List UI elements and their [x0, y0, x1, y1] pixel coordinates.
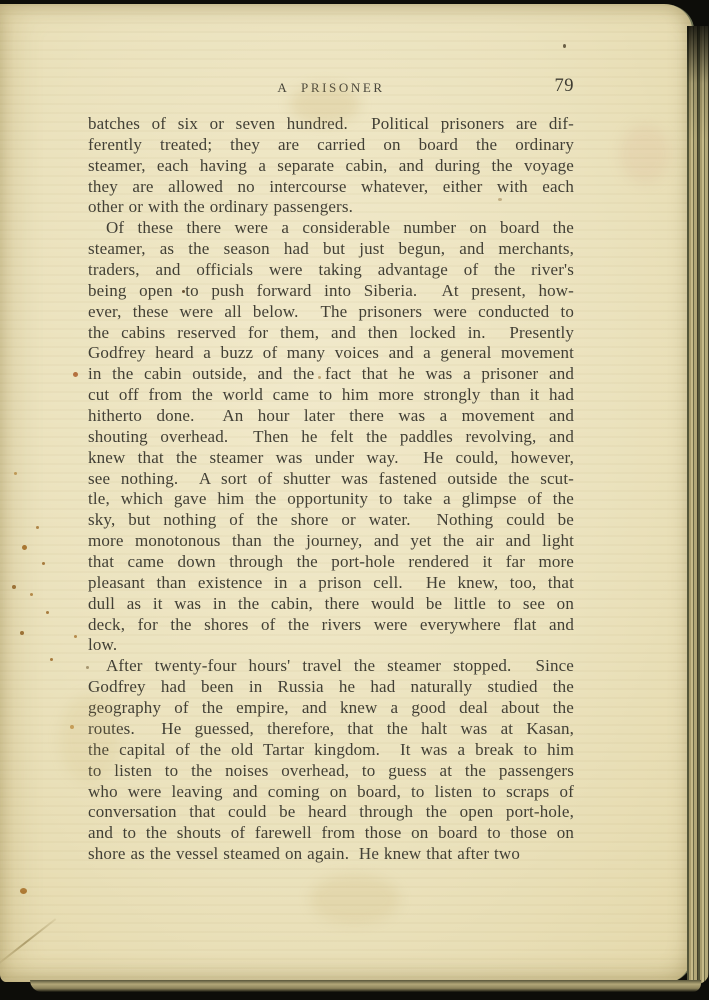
text-line: hitherto done. An hour later there was a…	[88, 406, 574, 427]
foxing-spot	[20, 888, 27, 894]
paper-stain	[620, 124, 670, 184]
text-line: knew that the steamer was under way. He …	[88, 448, 574, 469]
page-edge-stack	[687, 26, 709, 984]
foxing-spot	[42, 562, 45, 565]
text-line: After twenty-four hours' travel the stea…	[88, 656, 574, 677]
book-scan: A PRISONER 79 batches of six or seven hu…	[0, 0, 709, 1000]
book-page: A PRISONER 79 batches of six or seven hu…	[0, 4, 694, 982]
text-line: ever, these were all below. The prisoner…	[88, 302, 574, 323]
page-bottom-edge	[30, 980, 701, 992]
text-line: deck, for the shores of the rivers were …	[88, 615, 574, 636]
text-line: Godfrey heard a buzz of many voices and …	[88, 343, 574, 364]
foxing-spot	[20, 631, 24, 635]
foxing-spot	[50, 658, 53, 661]
text-line: shouting overhead. Then he felt the padd…	[88, 427, 574, 448]
text-line: ferently treated; they are carried on bo…	[88, 135, 574, 156]
foxing-spot	[70, 725, 74, 729]
text-line: steamer, as the season had but just begu…	[88, 239, 574, 260]
foxing-spot	[22, 545, 27, 550]
text-line: that came down through the port-hole ren…	[88, 552, 574, 573]
text-line: other or with the ordinary passengers.	[88, 197, 574, 218]
text-line: batches of six or seven hundred. Politic…	[88, 114, 574, 135]
foxing-spot	[14, 472, 17, 475]
text-line: routes. He guessed, therefore, that the …	[88, 719, 574, 740]
text-line: they are allowed no intercourse whatever…	[88, 177, 574, 198]
text-line: see nothing. A sort of shutter was faste…	[88, 469, 574, 490]
text-line: who were leaving and coming on board, to…	[88, 782, 574, 803]
foxing-spot	[73, 372, 78, 377]
page-crease	[0, 918, 56, 968]
text-line: geography of the empire, and knew a good…	[88, 698, 574, 719]
text-line: more monotonous than the journey, and ye…	[88, 531, 574, 552]
foxing-spot	[563, 44, 566, 48]
text-line: Godfrey had been in Russia he had natura…	[88, 677, 574, 698]
text-line: to listen to the noises overhead, to gue…	[88, 761, 574, 782]
text-line: the cabins reserved for them, and then l…	[88, 323, 574, 344]
text-line: in the cabin outside, and the fact that …	[88, 364, 574, 385]
text-line: sky, but nothing of the shore or water. …	[88, 510, 574, 531]
text-line: shore as the vessel steamed on again. He…	[88, 844, 574, 865]
running-head: A PRISONER 79	[88, 76, 574, 98]
page-title: A PRISONER	[88, 80, 574, 96]
text-line: being open to push forward into Siberia.…	[88, 281, 574, 302]
foxing-spot	[30, 593, 33, 596]
text-line: low.	[88, 635, 574, 656]
text-line: conversation that could be heard through…	[88, 802, 574, 823]
paper-stain	[310, 874, 400, 924]
foxing-spot	[74, 635, 77, 638]
text-line: cut off from the world came to him more …	[88, 385, 574, 406]
page-number: 79	[555, 76, 575, 97]
text-line: the capital of the old Tartar kingdom. I…	[88, 740, 574, 761]
text-line: Of these there were a considerable numbe…	[88, 218, 574, 239]
body-text: batches of six or seven hundred. Politic…	[88, 114, 574, 865]
text-line: dull as it was in the cabin, there would…	[88, 594, 574, 615]
text-line: pleasant than existence in a prison cell…	[88, 573, 574, 594]
foxing-spot	[12, 585, 16, 589]
text-line: and to the shouts of farewell from those…	[88, 823, 574, 844]
text-line: steamer, each having a separate cabin, a…	[88, 156, 574, 177]
text-line: tle, which gave him the opportunity to t…	[88, 489, 574, 510]
text-line: traders, and officials were taking advan…	[88, 260, 574, 281]
foxing-spot	[36, 526, 39, 529]
foxing-spot	[46, 611, 49, 614]
